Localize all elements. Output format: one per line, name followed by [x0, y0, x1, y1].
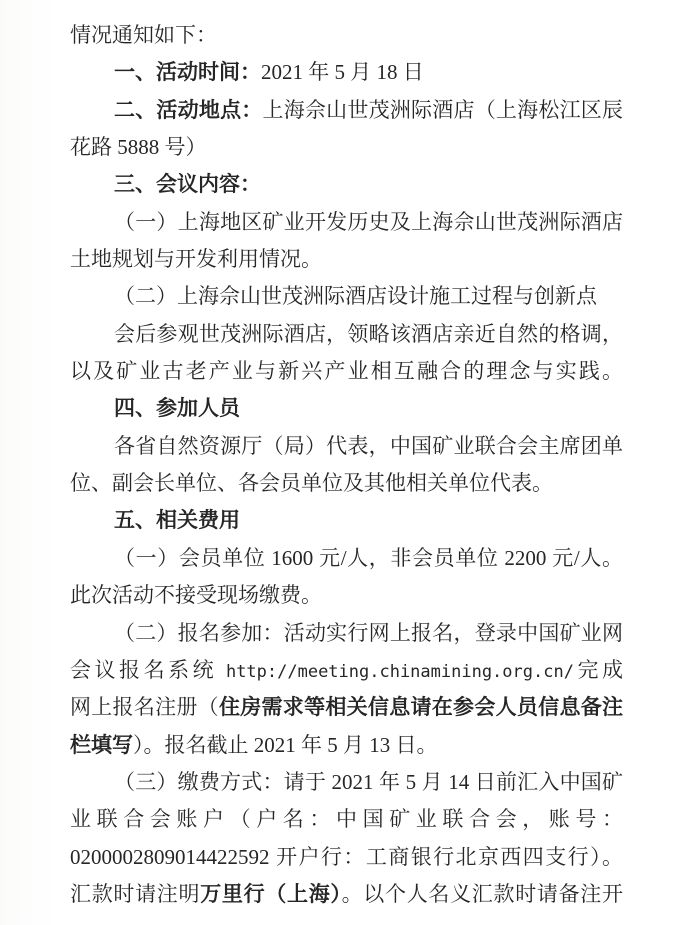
doc-line-payment: （三）缴费方式：请于 2021 年 5 月 14 日前汇入中国矿	[70, 764, 623, 801]
doc-line-fees-cont: 此次活动不接受现场缴费。	[70, 577, 623, 614]
doc-line-visit-info: 会后参观世茂洲际酒店，领略该酒店亲近自然的格调，	[70, 316, 623, 353]
text-run: 各省自然资源厅（局）代表，中国矿业联合会主席团单	[114, 434, 623, 458]
doc-line-item-3-1: （一）上海地区矿业开发历史及上海佘山世茂洲际酒店	[70, 204, 623, 241]
notice-document-page: 情况通知如下： 一、活动时间：2021 年 5 月 18 日 二、活动地点：上海…	[0, 0, 687, 925]
section-3-heading: 三、会议内容：	[114, 173, 261, 196]
doc-line-registration-url: 会议报名系统 http://meeting.chinamining.org.cn…	[70, 652, 623, 689]
doc-line-remittance-note: 汇款时请注明万里行（上海）。以个人名义汇款时请备注开	[70, 876, 623, 913]
text-run: 业联合会账户（户名：中国矿业联合会，账号：	[70, 807, 623, 831]
text-run: 会后参观世茂洲际酒店，领略该酒店亲近自然的格调，	[114, 322, 623, 346]
text-run: 会议报名系统	[70, 658, 226, 682]
housing-note-bold-run: 住房需求等相关信息请在参会人员信息备注	[219, 695, 623, 719]
doc-line-payment-account-title: 业联合会账户（户名：中国矿业联合会，账号：	[70, 801, 623, 838]
doc-line-participants-cont: 位、副会长单位、各会员单位及其他相关单位代表。	[70, 465, 623, 502]
registration-url-text: http://meeting.chinamining.org.cn/	[226, 662, 574, 682]
text-run: 土地规划与开发利用情况。	[70, 247, 322, 271]
doc-line-section-2: 二、活动地点：上海佘山世茂洲际酒店（上海松江区辰	[70, 92, 623, 129]
doc-line-registration-deadline: 栏填写）。报名截止 2021 年 5 月 13 日。	[70, 727, 623, 764]
section-4-heading: 四、参加人员	[114, 397, 240, 420]
text-run: （二）上海佘山世茂洲际酒店设计施工过程与创新点	[114, 284, 597, 308]
doc-line-intro: 情况通知如下：	[70, 17, 623, 54]
section-5-heading: 五、相关费用	[114, 509, 240, 532]
section-2-heading: 二、活动地点：	[114, 99, 263, 122]
text-run: 完成	[574, 658, 623, 682]
event-location-text: 上海佘山世茂洲际酒店（上海松江区辰	[263, 98, 623, 122]
doc-line-section-3: 三、会议内容：	[70, 166, 623, 203]
text-run: 汇款时请注明	[70, 882, 200, 906]
fee-amounts-text: （一）会员单位 1600 元/人，非会员单位 2200 元/人。	[114, 546, 623, 570]
section-1-heading: 一、活动时间：	[114, 61, 261, 84]
text-run: （三）缴费方式：请于 2021 年 5 月 14 日前汇入中国矿	[114, 770, 623, 794]
text-run: （二）报名参加：活动实行网上报名，登录中国矿业网	[114, 621, 623, 645]
text-run: 情况通知如下：	[70, 23, 217, 47]
doc-line-visit-info-cont: 以及矿业古老产业与新兴产业相互融合的理念与实践。	[70, 353, 623, 390]
bank-branch-text: 开户行：工商银行北京西四支行）。	[270, 845, 624, 869]
text-run: 网上报名注册（	[70, 695, 219, 719]
deadline-text: ）。报名截止 2021 年 5 月 13 日。	[133, 733, 438, 757]
doc-line-fees: （一）会员单位 1600 元/人，非会员单位 2200 元/人。	[70, 540, 623, 577]
remittance-memo-bold-run: 万里行（上海）	[200, 882, 341, 906]
doc-line-registration: （二）报名参加：活动实行网上报名，登录中国矿业网	[70, 615, 623, 652]
doc-line-section-5: 五、相关费用	[70, 502, 623, 539]
text-run: （一）上海地区矿业开发历史及上海佘山世茂洲际酒店	[114, 210, 623, 234]
event-date-text: 2021 年 5 月 18 日	[261, 60, 424, 84]
doc-line-item-3-2: （二）上海佘山世茂洲际酒店设计施工过程与创新点	[70, 278, 623, 315]
doc-line-payment-account-number: 0200002809014422592 开户行：工商银行北京西四支行）。	[70, 839, 623, 876]
text-run: 以及矿业古老产业与新兴产业相互融合的理念与实践。	[70, 359, 623, 383]
housing-note-bold-run: 栏填写	[70, 733, 133, 757]
doc-line-section-4: 四、参加人员	[70, 390, 623, 427]
doc-line-item-3-1-cont: 土地规划与开发利用情况。	[70, 241, 623, 278]
text-run: 此次活动不接受现场缴费。	[70, 583, 322, 607]
text-run: 位、副会长单位、各会员单位及其他相关单位代表。	[70, 471, 553, 495]
doc-line-location-cont: 花路 5888 号）	[70, 129, 623, 166]
text-run: 花路 5888 号）	[70, 135, 207, 159]
doc-line-registration-note: 网上报名注册（住房需求等相关信息请在参会人员信息备注	[70, 689, 623, 726]
text-run: 。以个人名义汇款时请备注开	[342, 882, 623, 906]
doc-line-section-1: 一、活动时间：2021 年 5 月 18 日	[70, 54, 623, 91]
doc-line-participants: 各省自然资源厅（局）代表，中国矿业联合会主席团单	[70, 428, 623, 465]
account-number: 0200002809014422592	[70, 845, 270, 869]
